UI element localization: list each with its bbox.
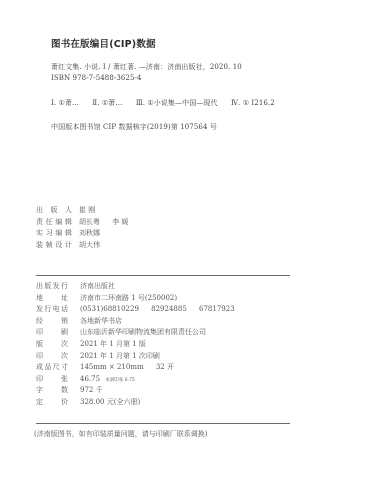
classification-item: Ⅱ. ①萧… xyxy=(92,99,122,107)
pub-label: 定价 xyxy=(36,397,68,407)
pub-row-address: 地址 济南市二环南路 1 号(250002) xyxy=(36,293,235,305)
staff-value: 胡大伟 xyxy=(79,240,110,252)
pub-row-printer: 印刷 山东临沂新华印刷物流集团有限责任公司 xyxy=(36,327,235,339)
pub-label: 成品尺寸 xyxy=(36,362,68,372)
staff-row-publisher: 出版人 崔 刚 xyxy=(36,205,138,217)
pub-label: 发行电话 xyxy=(36,304,68,314)
staff-row-editor: 责任编辑 胡长粤 李 媛 xyxy=(36,217,138,229)
staff-row-designer: 装帧设计 胡大伟 xyxy=(36,240,138,252)
classification-item: Ⅲ. ①小说集—中国—现代 xyxy=(136,99,218,107)
cip-classification: Ⅰ. ①萧… Ⅱ. ①萧… Ⅲ. ①小说集—中国—现代 Ⅳ. ① I216.2 xyxy=(51,98,286,108)
staff-value: 刘秋娜 xyxy=(79,228,110,240)
pub-value: 济南市二环南路 1 号(250002) xyxy=(80,293,177,303)
staff-label: 责任编辑 xyxy=(36,217,72,229)
staff-name: 崔 刚 xyxy=(79,206,95,214)
pub-row-wordcount: 字数 972 千 xyxy=(36,385,235,397)
divider-top xyxy=(36,275,290,276)
pub-label: 印次 xyxy=(36,351,68,361)
cip-catalog-number: 中国版本图书馆 CIP 数据核字(2019)第 107564 号 xyxy=(51,122,217,132)
pub-label: 版次 xyxy=(36,339,68,349)
format: 32 开 xyxy=(156,363,174,371)
cip-bibliographic-line: 萧红文集. 小说. Ⅰ / 萧红著. —济南：济南出版社，2020. 10 xyxy=(51,62,242,72)
phone-number: 67817923 xyxy=(199,305,235,313)
staff-label: 装帧设计 xyxy=(36,240,72,252)
pub-value: 各地新华书店 xyxy=(80,316,122,326)
pub-label: 地址 xyxy=(36,293,68,303)
phone-number: (0531)68810229 xyxy=(80,305,139,313)
pub-row-publisher: 出版发行 济南出版社 xyxy=(36,281,235,293)
pub-row-price: 定价 328.00 元(全六册) xyxy=(36,397,235,409)
pub-label: 字数 xyxy=(36,385,68,395)
cip-title: 图书在版编目(CIP)数据 xyxy=(51,36,156,50)
staff-name: 胡大伟 xyxy=(79,241,100,249)
pub-row-edition: 版次 2021 年 1 月第 1 版 xyxy=(36,339,235,351)
pub-value: 济南出版社 xyxy=(80,281,115,291)
classification-item: Ⅰ. ①萧… xyxy=(51,99,79,107)
pub-value: 46.75 本册印张 6.75 xyxy=(80,375,135,383)
staff-row-intern-editor: 实习编辑 刘秋娜 xyxy=(36,228,138,240)
pub-value: 2021 年 1 月第 1 版 xyxy=(80,339,146,349)
pub-label: 印刷 xyxy=(36,327,68,337)
sheets-this-volume: 本册印张 6.75 xyxy=(105,378,134,383)
pub-row-sheets: 印张 46.75 本册印张 6.75 xyxy=(36,374,235,386)
pub-row-phone: 发行电话 (0531)68810229 82924885 67817923 xyxy=(36,304,235,316)
pub-row-size: 成品尺寸 145mm × 210mm 32 开 xyxy=(36,362,235,374)
pub-row-printing: 印次 2021 年 1 月第 1 次印刷 xyxy=(36,351,235,363)
staff-name: 李 媛 xyxy=(112,218,128,226)
trim-size: 145mm × 210mm xyxy=(80,363,144,371)
staff-name: 胡长粤 xyxy=(79,218,100,226)
pub-label: 出版发行 xyxy=(36,281,68,291)
staff-value: 胡长粤 李 媛 xyxy=(79,217,138,229)
divider-bottom xyxy=(36,423,290,424)
pub-label: 印张 xyxy=(36,374,68,384)
pub-value: 328.00 元(全六册) xyxy=(80,397,140,407)
pub-value: 972 千 xyxy=(80,385,103,395)
staff-label: 实习编辑 xyxy=(36,228,72,240)
pub-row-distributor: 经销 各地新华书店 xyxy=(36,316,235,328)
pub-value: 山东临沂新华印刷物流集团有限责任公司 xyxy=(80,327,206,337)
classification-item: Ⅳ. ① I216.2 xyxy=(231,99,275,107)
cip-isbn: ISBN 978-7-5488-3625-4 xyxy=(51,74,142,82)
publication-info: 出版发行 济南出版社 地址 济南市二环南路 1 号(250002) 发行电话 (… xyxy=(36,281,235,409)
phone-number: 82924885 xyxy=(151,305,187,313)
pub-label: 经销 xyxy=(36,316,68,326)
sheets-total: 46.75 xyxy=(80,375,100,383)
staff-name: 刘秋娜 xyxy=(79,229,100,237)
pub-value: (0531)68810229 82924885 67817923 xyxy=(80,305,235,313)
pub-value: 2021 年 1 月第 1 次印刷 xyxy=(80,351,160,361)
staff-credits: 出版人 崔 刚 责任编辑 胡长粤 李 媛 实习编辑 刘秋娜 装帧设计 胡大伟 xyxy=(36,205,138,251)
pub-value: 145mm × 210mm 32 开 xyxy=(80,362,174,372)
copyright-page: 图书在版编目(CIP)数据 萧红文集. 小说. Ⅰ / 萧红著. —济南：济南出… xyxy=(0,0,375,493)
staff-label: 出版人 xyxy=(36,205,72,217)
quality-notice: (济南版图书，如有印装质量问题，请与印刷厂联系调换) xyxy=(34,429,207,439)
staff-value: 崔 刚 xyxy=(79,205,105,217)
